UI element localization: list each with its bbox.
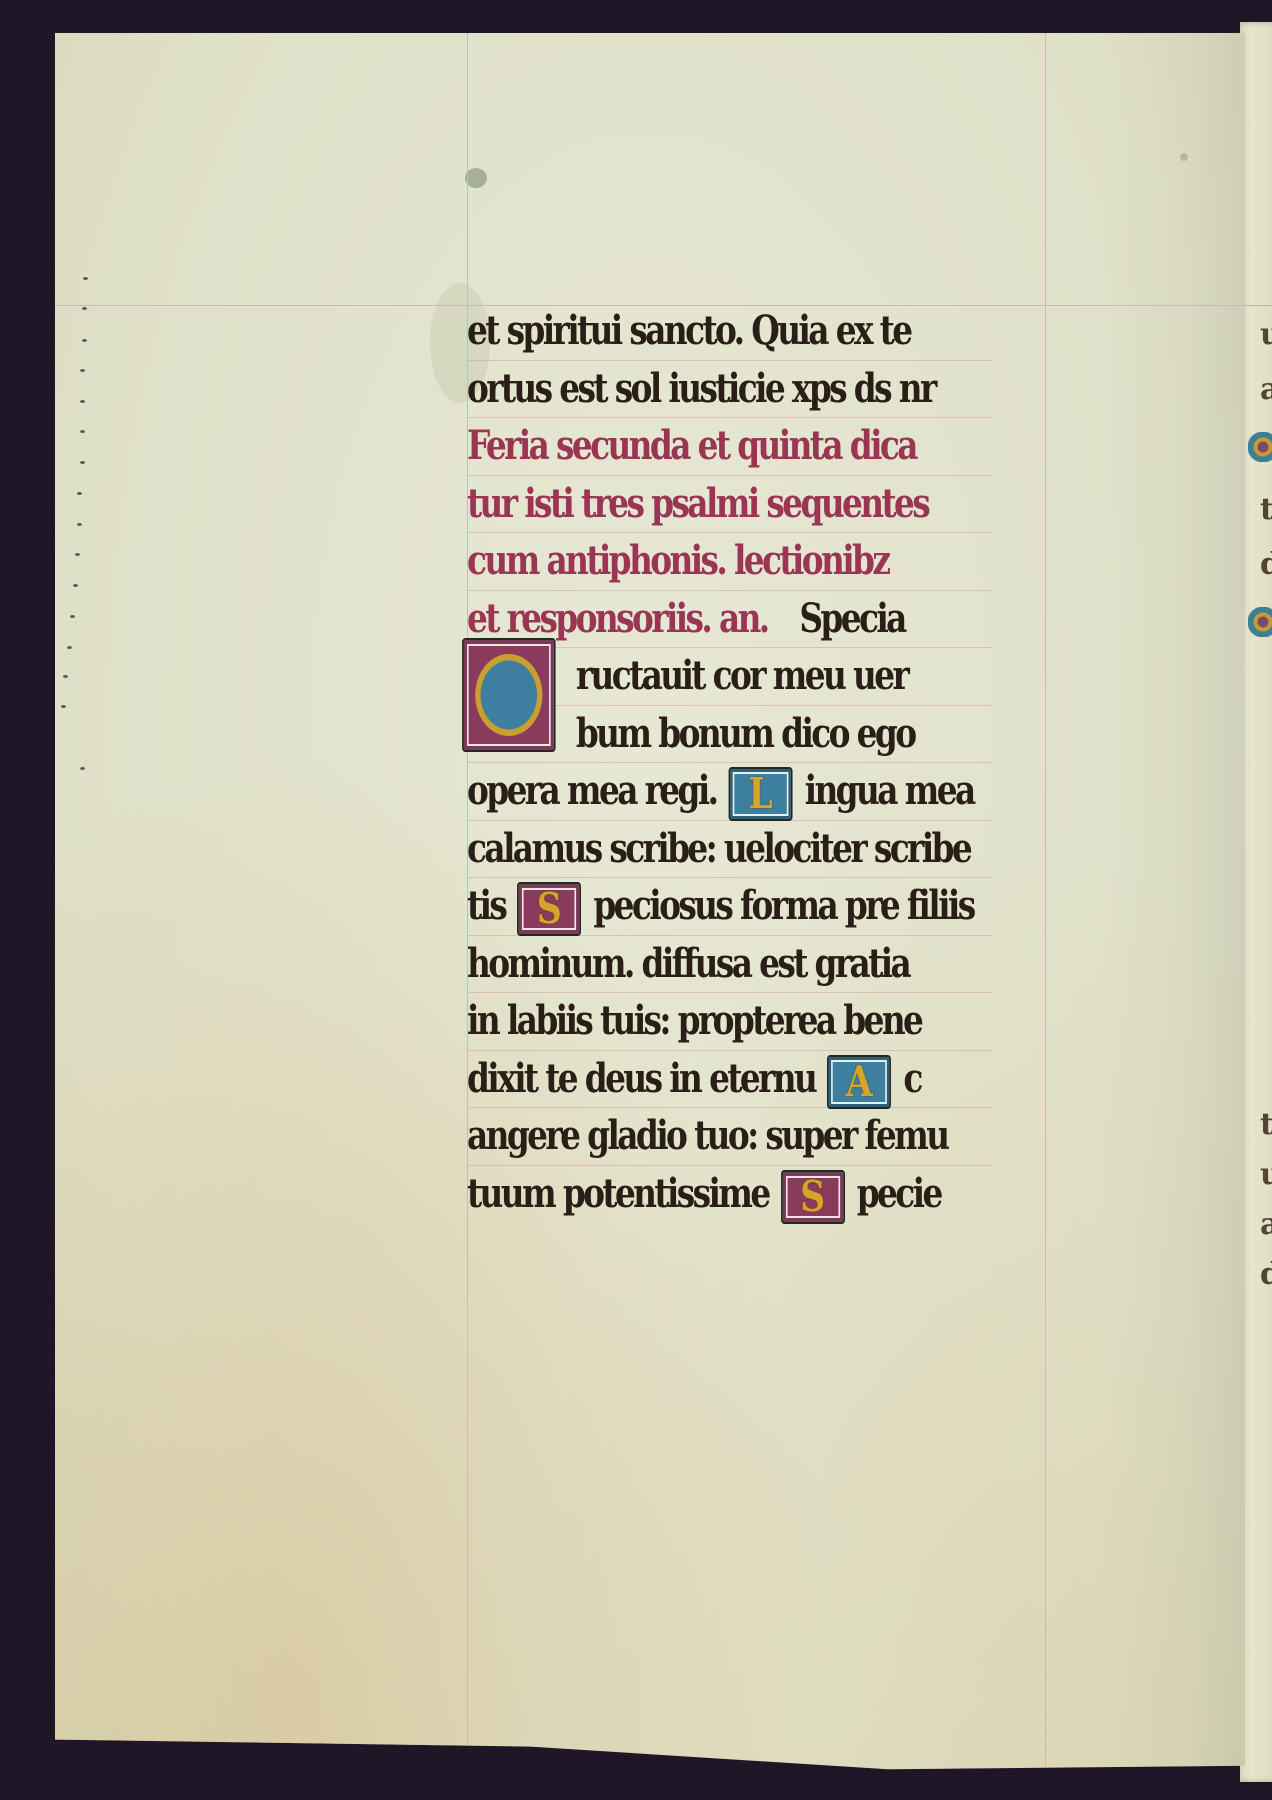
illuminated-initial-S: S [781,1170,845,1224]
facing-text-fragment: a [1260,372,1272,407]
rubric-line: cum antiphonis. lectionibz [467,533,992,591]
pricking-hole [80,767,85,770]
facing-initial-ornament [1248,607,1272,637]
facing-text-fragment: a [1260,1207,1272,1242]
text-line: ructauit cor meu uer [467,648,992,706]
line-text: ortus est sol iusticie xps ds nr [467,365,935,412]
line-text: et responsoriis. an. [467,595,768,642]
line-text-tail: c [903,1055,920,1102]
pricking-hole [80,400,85,403]
page-curve-shading [1105,33,1245,1778]
facing-text-fragment: u [1260,317,1272,352]
text-line: calamus scribe: uelociter scribe [467,821,992,879]
text-line: hominum. diffusa est gratia [467,936,992,994]
line-text: tuum potentissime [467,1170,769,1217]
line-text: calamus scribe: uelociter scribe [467,825,970,872]
pricking-hole [75,553,80,556]
text-line: dixit te deus in eternu A c [467,1051,992,1109]
illuminated-initial-L: L [729,767,793,821]
antiphon-incipit: Specia [799,595,904,642]
manuscript-leaf: et spiritui sancto. Quia ex te ortus est… [55,33,1245,1778]
line-text: Feria secunda et quinta dica [467,422,916,469]
pricking-hole [82,307,87,310]
pricking-hole [80,461,85,464]
pricking-hole [83,277,88,280]
pricking-hole [77,492,82,495]
line-text: opera mea regi. [467,767,716,814]
facing-initial-ornament [1248,432,1272,462]
line-text: tur isti tres psalmi sequentes [467,480,928,527]
pricking-hole [80,430,85,433]
facing-text-fragment: tu [1260,492,1272,527]
line-text-tail: pecie [857,1170,941,1217]
text-line: in labiis tuis: propterea bene [467,993,992,1051]
line-text: tis [467,882,505,929]
pricking-hole [61,705,66,708]
line-text: ructauit cor meu uer [576,652,907,699]
line-text: dixit te deus in eternu [467,1055,815,1102]
pricking-hole [77,523,82,526]
illuminated-initial-S: S [517,882,581,936]
line-text: angere gladio tuo: super femu [467,1112,947,1159]
line-text: hominum. diffusa est gratia [467,940,909,987]
pricking-hole [63,675,68,678]
facing-text-fragment: du [1260,547,1272,582]
pricking-hole [67,646,72,649]
text-line: tis S peciosus forma pre filiis [467,878,992,936]
facing-text-fragment: t [1260,1107,1271,1142]
text-block: et spiritui sancto. Quia ex te ortus est… [467,303,1107,1222]
rubric-line: tur isti tres psalmi sequentes [467,476,992,534]
pricking-hole [73,584,78,587]
text-line: ortus est sol iusticie xps ds nr [467,361,992,419]
line-text-tail: peciosus forma pre filiis [593,882,973,929]
line-text: bum bonum dico ego [576,710,915,757]
text-line: et spiritui sancto. Quia ex te [467,303,992,361]
line-text: et spiritui sancto. Quia ex te [467,307,910,354]
rubric-line: Feria secunda et quinta dica [467,418,992,476]
facing-text-fragment: u [1260,1157,1272,1192]
line-text: in labiis tuis: propterea bene [467,997,921,1044]
line-text: cum antiphonis. lectionibz [467,537,888,584]
illuminated-initial-A: A [827,1055,891,1109]
pricking-hole [82,339,87,342]
line-text-tail: ingua mea [805,767,974,814]
ink-spot [465,168,487,188]
pricking-hole [80,369,85,372]
text-line: angere gladio tuo: super femu [467,1108,992,1166]
spot [1180,153,1188,161]
pricking-hole [70,615,75,618]
text-line: opera mea regi. L ingua mea [467,763,992,821]
text-line: tuum potentissime S pecie [467,1166,992,1223]
text-line: bum bonum dico ego [467,706,992,764]
facing-text-fragment: du [1260,1257,1272,1292]
